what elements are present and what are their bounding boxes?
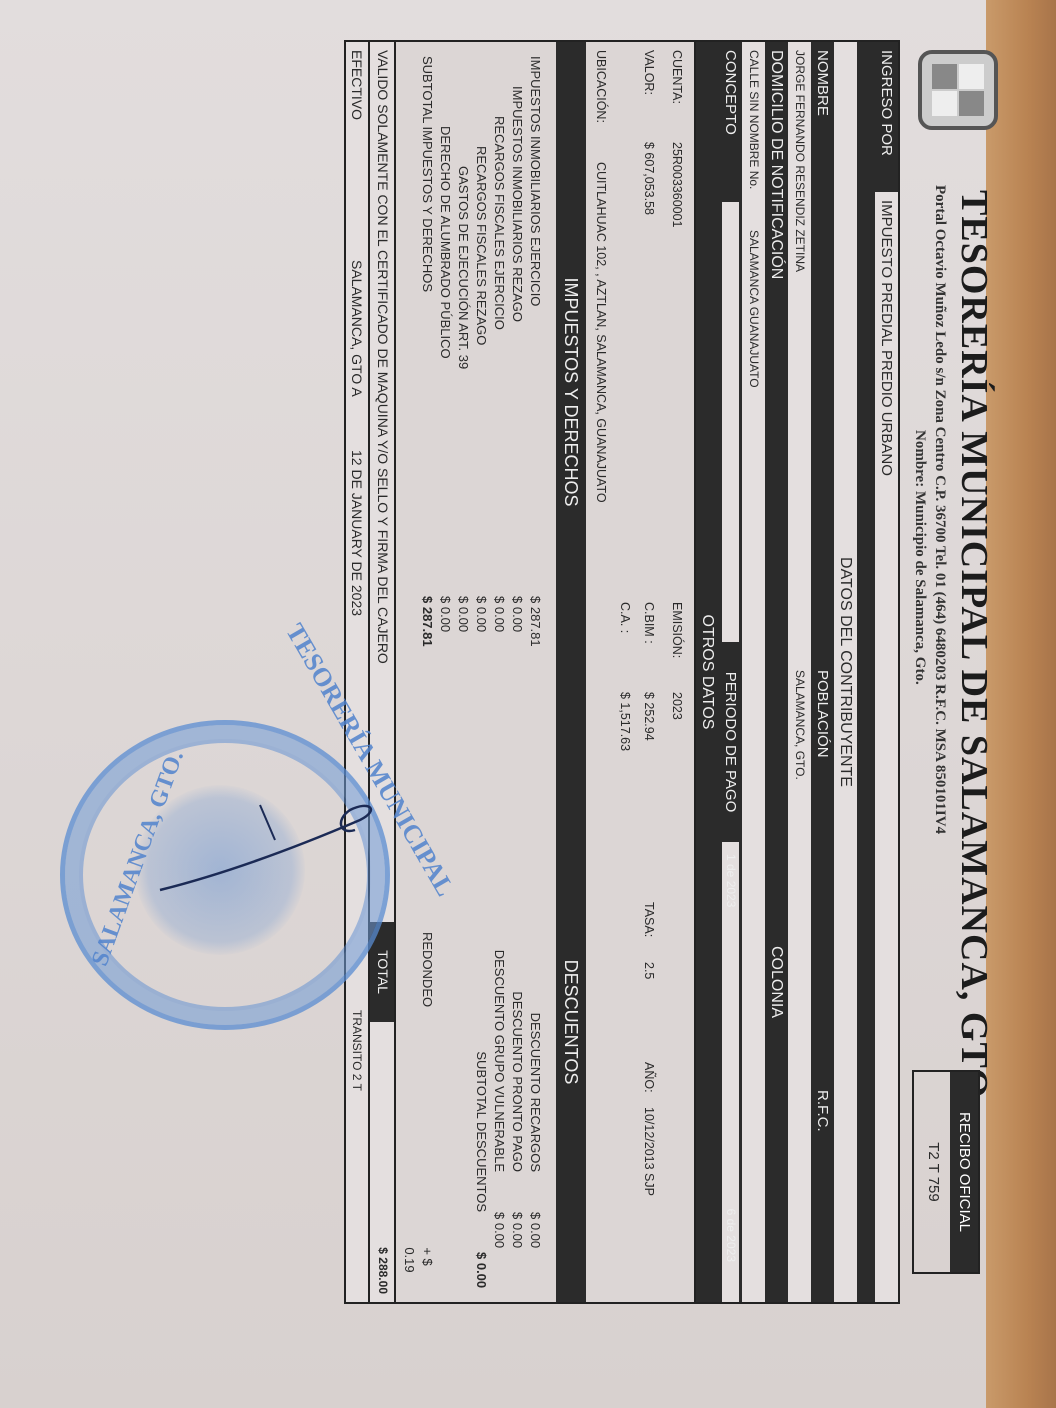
valor-value: $ 607,053.58 bbox=[642, 142, 656, 215]
cuenta-value: 25R003360001 bbox=[670, 142, 684, 228]
domicilio-labels: DOMICILIO DE NOTIFICACIÓN COLONIA bbox=[765, 42, 788, 1302]
impuesto-label: IMPUESTOS INMOBILIARIOS REZAGO bbox=[508, 56, 526, 596]
redondeo-amount: + $ 0.19 bbox=[418, 1247, 436, 1294]
impuesto-amount: $ 0.00 bbox=[436, 596, 454, 632]
anio-label: AÑO: bbox=[642, 1062, 656, 1093]
ca-label: C.A. : bbox=[618, 602, 632, 633]
poblacion-value: SALAMANCA, GTO. bbox=[788, 662, 811, 1082]
receipt-number-box: RECIBO OFICIAL T2 T 759 bbox=[912, 1070, 980, 1274]
tasa-value: 2.5 bbox=[642, 962, 656, 979]
impuesto-amount: $ 0.00 bbox=[472, 596, 490, 632]
periodo-label: PERIODO DE PAGO bbox=[719, 642, 742, 842]
receipt-form: INGRESO POR IMPUESTO PREDIAL PREDIO URBA… bbox=[344, 40, 900, 1304]
impuesto-row: IMPUESTOS INMOBILIARIOS EJERCICIO$ 287.8… bbox=[526, 56, 544, 734]
concepto-row: CONCEPTO PERIODO DE PAGO 1 de 2023 6 de … bbox=[719, 42, 742, 1302]
impuestos-list: IMPUESTOS INMOBILIARIOS EJERCICIO$ 287.8… bbox=[396, 42, 556, 742]
anio-value: 10/12/2013 SJP bbox=[642, 1107, 656, 1196]
descuento-label: DESCUENTO PRONTO PAGO bbox=[508, 752, 526, 1212]
ubicacion-label: UBICACIÓN: bbox=[594, 50, 608, 123]
descuentos-subtotal-label: SUBTOTAL DESCUENTOS bbox=[472, 752, 490, 1252]
ingreso-label: INGRESO POR bbox=[875, 42, 898, 192]
contribuyente-values: JORGE FERNANDO RESENDIZ ZETINA SALAMANCA… bbox=[788, 42, 811, 1302]
descuentos-heading: DESCUENTOS bbox=[556, 742, 586, 1302]
otros-datos-heading: OTROS DATOS bbox=[696, 42, 719, 1302]
caja: TRANSITO 2 T bbox=[346, 1002, 368, 1302]
ca-value: $ 1,517.63 bbox=[618, 692, 632, 751]
issuer-address: Portal Octavio Muñoz Ledo s/n Zona Centr… bbox=[931, 185, 948, 834]
cbim-label: C.BIM : bbox=[642, 602, 656, 644]
impuesto-label: DERECHO DE ALUMBRADO PÚBLICO bbox=[436, 56, 454, 596]
periodo-values: 1 de 2023 6 de 2023 bbox=[722, 842, 739, 1302]
impuesto-row: RECARGOS FISCALES EJERCICIO$ 0.00 bbox=[490, 56, 508, 734]
colonia-label: COLONIA bbox=[765, 662, 788, 1302]
impuesto-label: IMPUESTOS INMOBILIARIOS EJERCICIO bbox=[526, 56, 544, 596]
ingreso-row: INGRESO POR IMPUESTO PREDIAL PREDIO URBA… bbox=[875, 42, 898, 1302]
municipal-crest-icon bbox=[918, 50, 998, 130]
validez-text: VALIDO SOLAMENTE CON EL CERTIFICADO DE M… bbox=[370, 42, 394, 802]
valor-label: VALOR: bbox=[642, 50, 656, 95]
descuento-row: DESCUENTO RECARGOS$ 0.00 bbox=[526, 752, 544, 1294]
contribuyente-labels: NOMBRE POBLACIÓN R.F.C. bbox=[811, 42, 834, 1302]
descuentos-subtotal-amount: $ 0.00 bbox=[472, 1252, 490, 1288]
calle-label: CALLE SIN NOMBRE No. bbox=[742, 42, 765, 222]
redondeo-label: REDONDEO bbox=[418, 752, 436, 1247]
impuesto-row: GASTOS DE EJECUCIÓN ART. 39$ 0.00 bbox=[454, 56, 472, 734]
impuestos-subtotal-amount: $ 287.81 bbox=[418, 596, 436, 647]
nombre-label: NOMBRE bbox=[811, 42, 834, 662]
issuer-name: Nombre: Municipio de Salamanca, Gto. bbox=[911, 430, 928, 685]
impuesto-label: RECARGOS FISCALES REZAGO bbox=[472, 56, 490, 596]
descuento-amount: $ 0.00 bbox=[526, 1212, 544, 1248]
impuesto-amount: $ 0.00 bbox=[508, 596, 526, 632]
impuestos-subtotal-row: SUBTOTAL IMPUESTOS Y DERECHOS $ 287.81 bbox=[418, 56, 436, 734]
descuento-label: DESCUENTO GRUPO VULNERABLE bbox=[490, 752, 508, 1212]
tax-receipt-document: TESORERÍA MUNICIPAL DE SALAMANCA, GTO. P… bbox=[210, 40, 1000, 1360]
cbim-value: $ 252.94 bbox=[642, 692, 656, 741]
otros-datos-panel: CUENTA: 25R003360001 EMISIÓN: 2023 VALOR… bbox=[586, 42, 696, 1302]
impuesto-amount: $ 287.81 bbox=[526, 596, 544, 647]
impuesto-row: DERECHO DE ALUMBRADO PÚBLICO$ 0.00 bbox=[436, 56, 454, 734]
descuento-amount: $ 0.00 bbox=[490, 1212, 508, 1248]
impuesto-label: GASTOS DE EJECUCIÓN ART. 39 bbox=[454, 56, 472, 596]
concepto-label: CONCEPTO bbox=[719, 42, 742, 202]
descuento-amount: $ 0.00 bbox=[508, 1212, 526, 1248]
issuer-title: TESORERÍA MUNICIPAL DE SALAMANCA, GTO. bbox=[952, 190, 996, 1109]
impuesto-row: RECARGOS FISCALES REZAGO$ 0.00 bbox=[472, 56, 490, 734]
impuestos-subtotal-label: SUBTOTAL IMPUESTOS Y DERECHOS bbox=[418, 56, 436, 596]
impuesto-amount: $ 0.00 bbox=[454, 596, 472, 632]
total-amount: $ 288.00 bbox=[370, 1022, 394, 1302]
calle-value: SALAMANCA GUANAJUATO bbox=[742, 222, 765, 662]
periodo-desde: 1 de 2023 bbox=[722, 854, 739, 907]
domicilio-label: DOMICILIO DE NOTIFICACIÓN bbox=[765, 42, 788, 662]
impuestos-column: IMPUESTOS Y DERECHOS IMPUESTOS INMOBILIA… bbox=[396, 42, 586, 742]
receipt-label: RECIBO OFICIAL bbox=[950, 1072, 978, 1272]
forma-pago: EFECTIVO bbox=[346, 42, 368, 252]
rfc-label: R.F.C. bbox=[811, 1082, 834, 1302]
amounts-section: IMPUESTOS Y DERECHOS IMPUESTOS INMOBILIA… bbox=[396, 42, 586, 1302]
rfc-value bbox=[788, 1082, 811, 1302]
impuesto-row: IMPUESTOS INMOBILIARIOS REZAGO$ 0.00 bbox=[508, 56, 526, 734]
descuento-row: DESCUENTO PRONTO PAGO$ 0.00 bbox=[508, 752, 526, 1294]
redondeo-row: REDONDEO + $ 0.19 bbox=[418, 752, 436, 1294]
fecha: 12 DE JANUARY DE 2023 bbox=[346, 442, 368, 1002]
total-label: TOTAL bbox=[370, 922, 394, 1022]
validez-row: VALIDO SOLAMENTE CON EL CERTIFICADO DE M… bbox=[370, 42, 396, 1302]
poblacion-label: POBLACIÓN bbox=[811, 662, 834, 1082]
ubicacion-value: CUITLAHUAC 102, , AZTLAN, SALAMANCA, GUA… bbox=[594, 162, 608, 503]
periodo-hasta: 6 de 2023 bbox=[722, 1209, 739, 1262]
descuentos-list: DESCUENTO RECARGOS$ 0.00DESCUENTO PRONTO… bbox=[396, 742, 556, 1302]
nombre-value: JORGE FERNANDO RESENDIZ ZETINA bbox=[788, 42, 811, 662]
receipt-number: T2 T 759 bbox=[916, 1072, 950, 1272]
cuenta-label: CUENTA: bbox=[670, 50, 684, 104]
emision-value: 2023 bbox=[670, 692, 684, 720]
impuesto-amount: $ 0.00 bbox=[490, 596, 508, 632]
pago-row: EFECTIVO SALAMANCA, GTO A 12 DE JANUARY … bbox=[346, 42, 370, 1302]
concepto-value bbox=[722, 202, 739, 642]
descuentos-column: DESCUENTOS DESCUENTO RECARGOS$ 0.00DESCU… bbox=[396, 742, 586, 1302]
colonia-value bbox=[742, 662, 765, 1302]
ingreso-value: IMPUESTO PREDIAL PREDIO URBANO bbox=[875, 192, 898, 1302]
descuentos-subtotal-row: SUBTOTAL DESCUENTOS $ 0.00 bbox=[472, 752, 490, 1294]
emision-label: EMISIÓN: bbox=[670, 602, 684, 658]
domicilio-values: CALLE SIN NOMBRE No. SALAMANCA GUANAJUAT… bbox=[742, 42, 765, 1302]
contribuyente-heading: DATOS DEL CONTRIBUYENTE bbox=[834, 42, 857, 1302]
descuento-label: DESCUENTO RECARGOS bbox=[526, 752, 544, 1212]
lugar: SALAMANCA, GTO A bbox=[346, 252, 368, 442]
tasa-label: TASA: bbox=[642, 902, 656, 937]
descuento-row: DESCUENTO GRUPO VULNERABLE$ 0.00 bbox=[490, 752, 508, 1294]
impuesto-label: RECARGOS FISCALES EJERCICIO bbox=[490, 56, 508, 596]
impuestos-heading: IMPUESTOS Y DERECHOS bbox=[556, 42, 586, 742]
